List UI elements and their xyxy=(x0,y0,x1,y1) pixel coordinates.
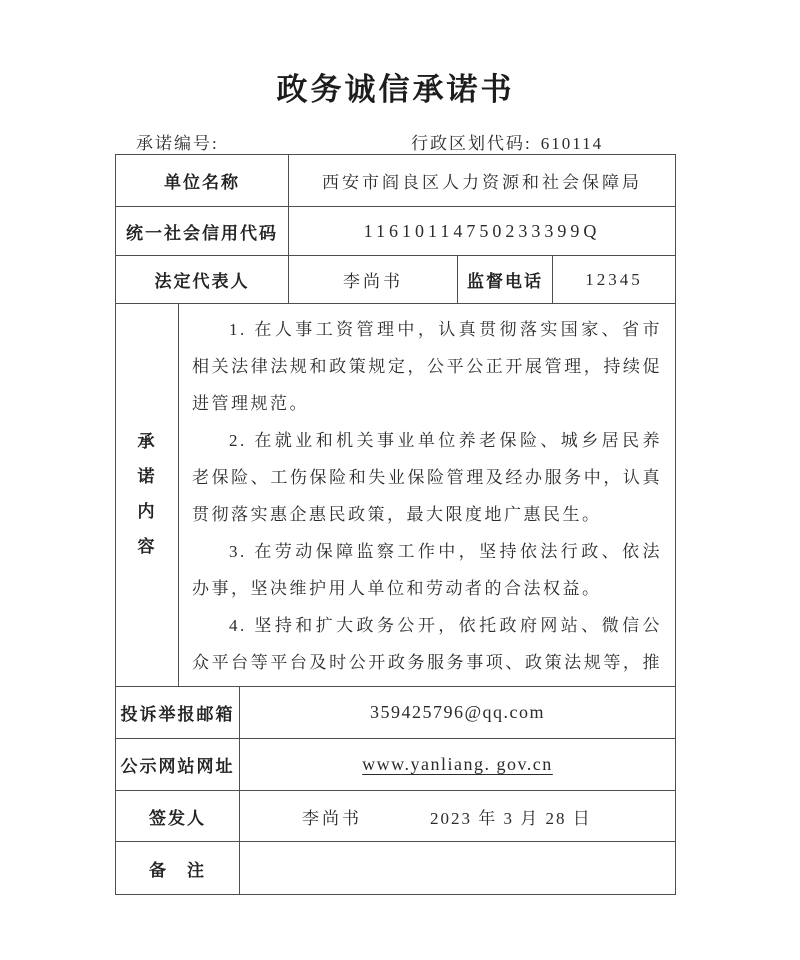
table-row-promise-content: 承 诺 内 容 1. 在人事工资管理中，认真贯彻落实国家、省市相关法律法规和政策… xyxy=(116,304,675,687)
promise-content-label-char: 承 xyxy=(138,425,157,460)
promise-content-body: 1. 在人事工资管理中，认真贯彻落实国家、省市相关法律法规和政策规定，公平公正开… xyxy=(179,304,675,686)
credit-code-label: 统一社会信用代码 xyxy=(116,207,289,255)
table-row-unit-name: 单位名称 西安市阎良区人力资源和社会保障局 xyxy=(116,155,675,207)
legal-rep-label: 法定代表人 xyxy=(116,256,289,303)
table-row-complaint-email: 投诉举报邮箱 359425796@qq.com xyxy=(116,687,675,739)
supervise-phone-value: 12345 xyxy=(553,256,675,303)
district-code-label: 行政区划代码: xyxy=(411,134,532,153)
legal-rep-value: 李尚书 xyxy=(289,256,458,303)
table-row-remarks: 备 注 xyxy=(116,842,675,894)
promise-content-label-char: 诺 xyxy=(138,460,157,495)
issuer-label: 签发人 xyxy=(116,791,240,841)
remarks-label: 备 注 xyxy=(116,842,240,894)
supervise-phone-label: 监督电话 xyxy=(458,256,553,303)
promise-content-label-char: 内 xyxy=(138,495,157,530)
issue-date: 2023 年 3 月 28 日 xyxy=(430,804,592,829)
complaint-email-label: 投诉举报邮箱 xyxy=(116,687,240,738)
website-url-link[interactable]: www.yanliang. gov.cn xyxy=(240,739,675,790)
promise-content-label: 承 诺 内 容 xyxy=(116,304,179,686)
website-label: 公示网站网址 xyxy=(116,739,240,790)
promise-paragraph-4: 4. 坚持和扩大政务公开，依托政府网站、微信公众平台等平台及时公开政务服务事项、… xyxy=(192,607,662,686)
unit-name-value: 西安市阎良区人力资源和社会保障局 xyxy=(289,155,675,206)
promise-content-label-char: 容 xyxy=(138,530,157,565)
remarks-value xyxy=(240,842,675,894)
table-row-credit-code: 统一社会信用代码 11610114750233399Q xyxy=(116,207,675,256)
complaint-email-value: 359425796@qq.com xyxy=(240,687,675,738)
promise-number-label: 承诺编号: xyxy=(136,129,219,154)
district-code-value: 610114 xyxy=(541,134,603,153)
issuer-value: 李尚书 2023 年 3 月 28 日 xyxy=(240,791,675,841)
document-title: 政务诚信承诺书 xyxy=(115,64,676,109)
table-row-website: 公示网站网址 www.yanliang. gov.cn xyxy=(116,739,675,791)
district-code: 行政区划代码:610114 xyxy=(411,129,603,154)
commitment-table: 单位名称 西安市阎良区人力资源和社会保障局 统一社会信用代码 116101147… xyxy=(115,154,676,895)
promise-paragraph-1: 1. 在人事工资管理中，认真贯彻落实国家、省市相关法律法规和政策规定，公平公正开… xyxy=(192,311,662,422)
unit-name-label: 单位名称 xyxy=(116,155,289,206)
document-page: 政务诚信承诺书 承诺编号: 行政区划代码:610114 单位名称 西安市阎良区人… xyxy=(0,0,800,960)
table-row-legal-rep: 法定代表人 李尚书 监督电话 12345 xyxy=(116,256,675,304)
table-row-issuer: 签发人 李尚书 2023 年 3 月 28 日 xyxy=(116,791,675,842)
issuer-name: 李尚书 xyxy=(302,804,362,829)
promise-paragraph-2: 2. 在就业和机关事业单位养老保险、城乡居民养老保险、工伤保险和失业保险管理及经… xyxy=(192,422,662,533)
credit-code-value: 11610114750233399Q xyxy=(289,207,675,255)
promise-paragraph-3: 3. 在劳动保障监察工作中，坚持依法行政、依法办事，坚决维护用人单位和劳动者的合… xyxy=(192,533,662,607)
meta-line: 承诺编号: 行政区划代码:610114 xyxy=(115,129,676,153)
